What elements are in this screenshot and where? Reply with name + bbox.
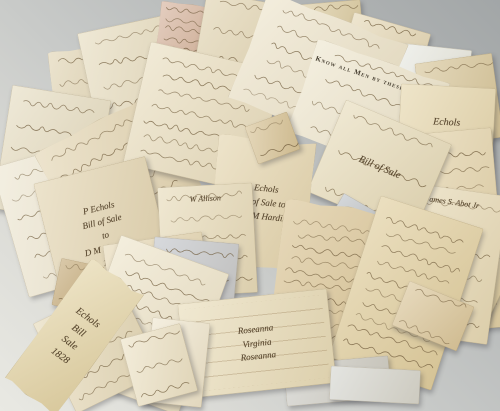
white-translucent-bottom	[329, 366, 421, 405]
auction-photo-document-pile: Robert WhiteKnow all Men by these Presen…	[0, 0, 500, 411]
